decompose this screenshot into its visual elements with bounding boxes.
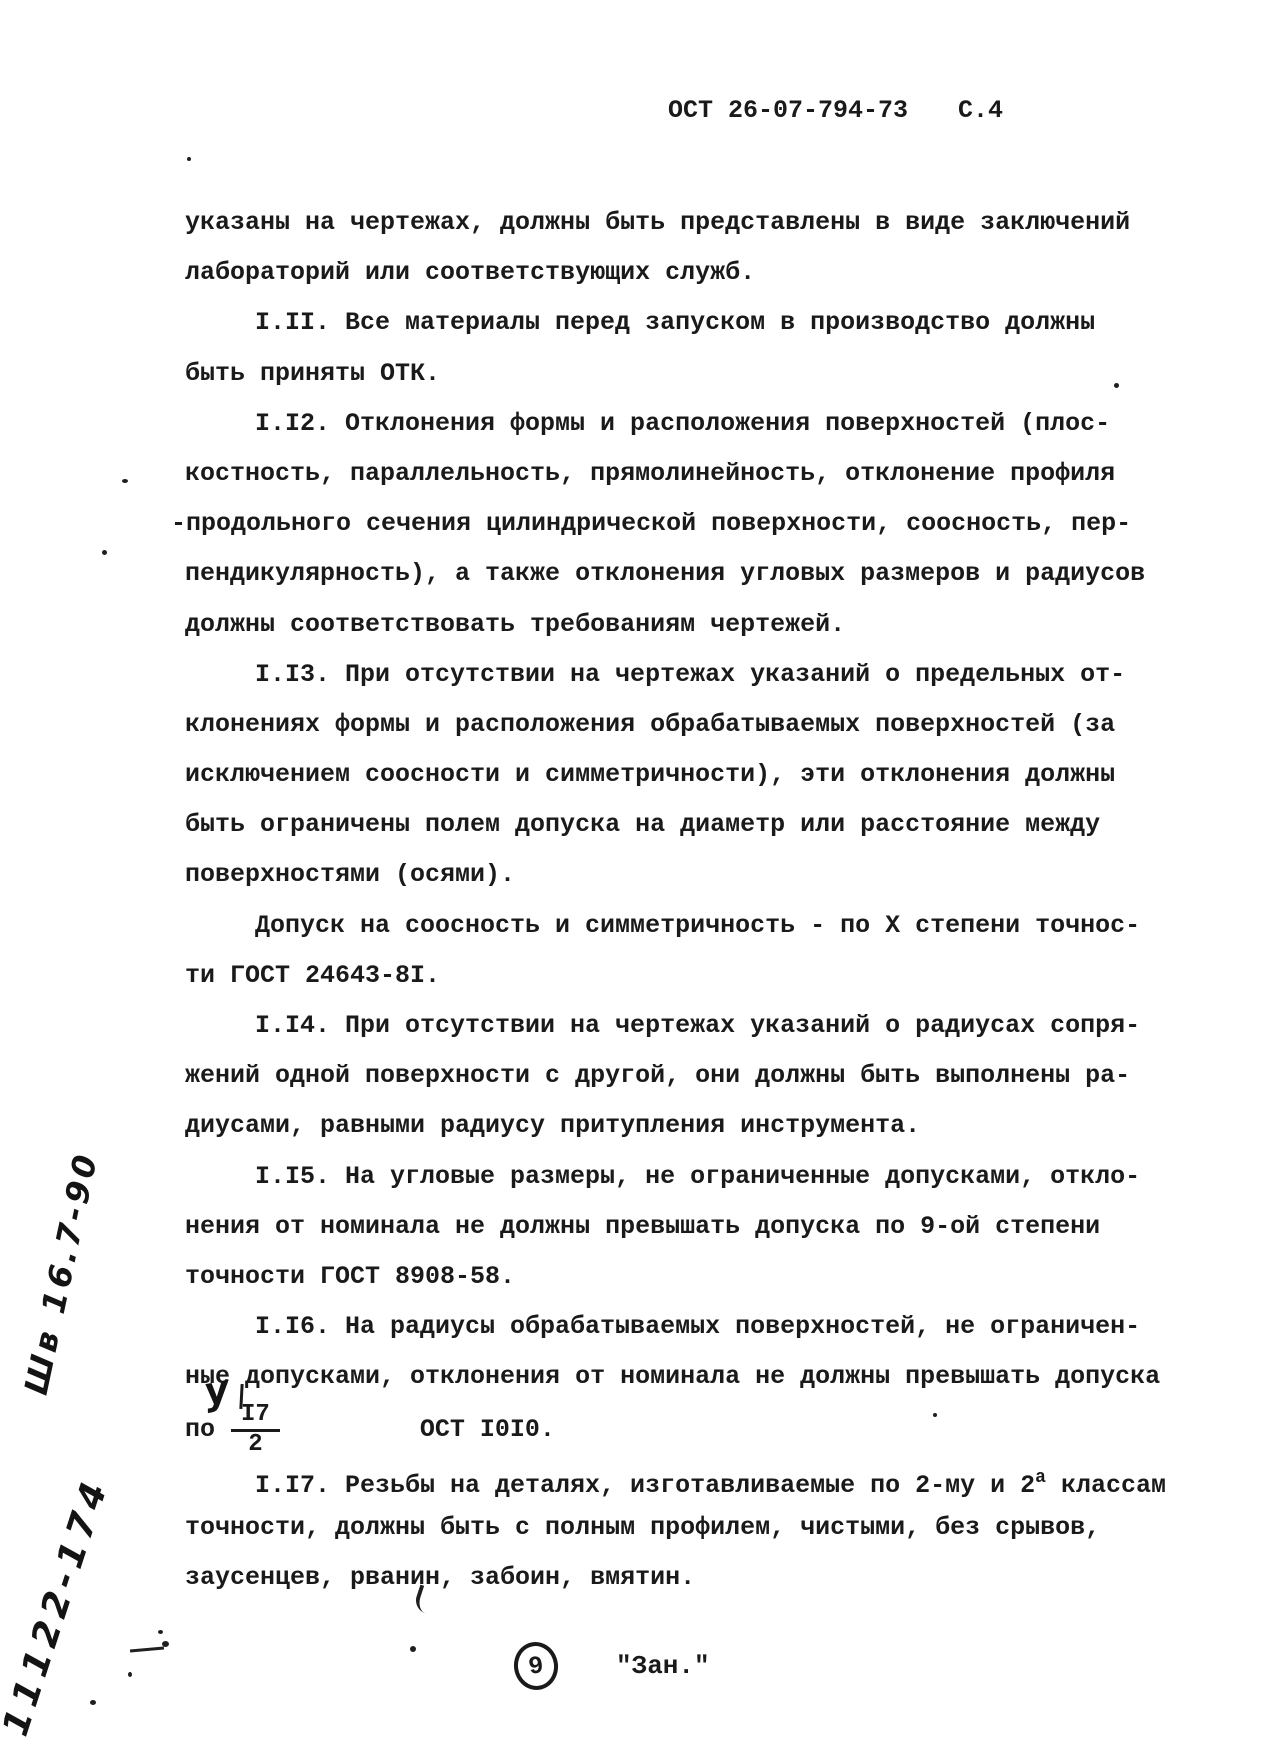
scan-speck [410,1646,416,1652]
scanned-document-page: ОСТ 26-07-794-73 С.4 указаны на чертежах… [0,0,1261,1749]
clause-17-pre: I.I7. Резьбы на деталях, изготавливаемые… [255,1471,1035,1500]
fraction-numerator: I7 [231,1403,280,1429]
scan-speck [102,550,107,555]
text-line: нения от номинала не должны превышать до… [185,1202,1185,1252]
fraction: I72 [231,1403,280,1457]
text-line: исключением соосности и симметричности),… [185,750,1185,800]
clause-17-superscript: а [1035,1468,1046,1488]
text-line: ные допусками, отклонения от номинала не… [185,1352,1185,1402]
text-line: -продольного сечения цилиндрической пове… [171,499,1185,549]
text-line: клонениях формы и расположения обрабатыв… [185,700,1185,750]
text-line: быть ограничены полем допуска на диаметр… [185,800,1185,850]
handwritten-margin-note-upper: Шв 16.7-90 [17,1148,106,1398]
text-line: I.I5. На угловые размеры, не ограниченны… [185,1152,1185,1202]
circled-sheet-number-stamp: 9 [511,1639,561,1693]
text-line: точности, должны быть с полным профилем,… [185,1503,1185,1553]
clause-17-post: классам [1046,1471,1166,1500]
formula-prefix: по [185,1415,215,1444]
formula-line: поI72ОСТ I0I0. [185,1403,1185,1453]
scan-speck [90,1700,96,1705]
document-number: ОСТ 26-07-794-73 [668,96,908,125]
scan-speck [158,1630,163,1634]
scan-speck [162,1641,169,1647]
page-header: ОСТ 26-07-794-73 С.4 [668,96,1003,125]
page-number-label: С.4 [958,96,1003,125]
text-line: поверхностями (осями). [185,850,1185,900]
text-line: I.I3. При отсутствии на чертежах указани… [185,650,1185,700]
text-line: точности ГОСТ 8908-58. [185,1252,1185,1302]
text-line: I.II. Все материалы перед запуском в про… [185,298,1185,348]
scan-speck [128,1672,132,1677]
formula-standard-ref: ОСТ I0I0. [420,1415,555,1444]
footer-note: "Зан." [616,1651,710,1681]
scan-speck [933,1413,937,1417]
handwritten-margin-note-lower: 11122-174 [0,1472,117,1741]
text-line: костность, параллельность, прямолинейнос… [185,449,1185,499]
text-line: I.I2. Отклонения формы и расположения по… [185,399,1185,449]
text-line: жений одной поверхности с другой, они до… [185,1051,1185,1101]
text-line: I.I4. При отсутствии на чертежах указани… [185,1001,1185,1051]
text-line: диусами, равными радиусу притупления инс… [185,1101,1185,1151]
scan-speck [122,479,128,483]
scan-speck [187,157,191,161]
page-footer: 9 "Зан." [514,1642,710,1690]
text-line: должны соответствовать требованиям черте… [185,600,1185,650]
text-line: лабораторий или соответствующих служб. [185,248,1185,298]
text-line: Допуск на соосность и симметричность - п… [185,901,1185,951]
text-line: заусенцев, рванин, забоин, вмятин. [185,1553,1185,1603]
text-line-clause-17: I.I7. Резьбы на деталях, изготавливаемые… [185,1453,1185,1503]
scan-stray-dash [130,1647,164,1653]
text-line: I.I6. На радиусы обрабатываемых поверхно… [185,1302,1185,1352]
text-line: пендикулярность), а также отклонения угл… [185,549,1185,599]
text-line: ти ГОСТ 24643-8I. [185,951,1185,1001]
text-line: указаны на чертежах, должны быть предста… [185,198,1185,248]
text-line: быть приняты ОТК. [185,349,1185,399]
scan-speck [1114,383,1119,388]
document-body: указаны на чертежах, должны быть предста… [185,198,1185,1603]
